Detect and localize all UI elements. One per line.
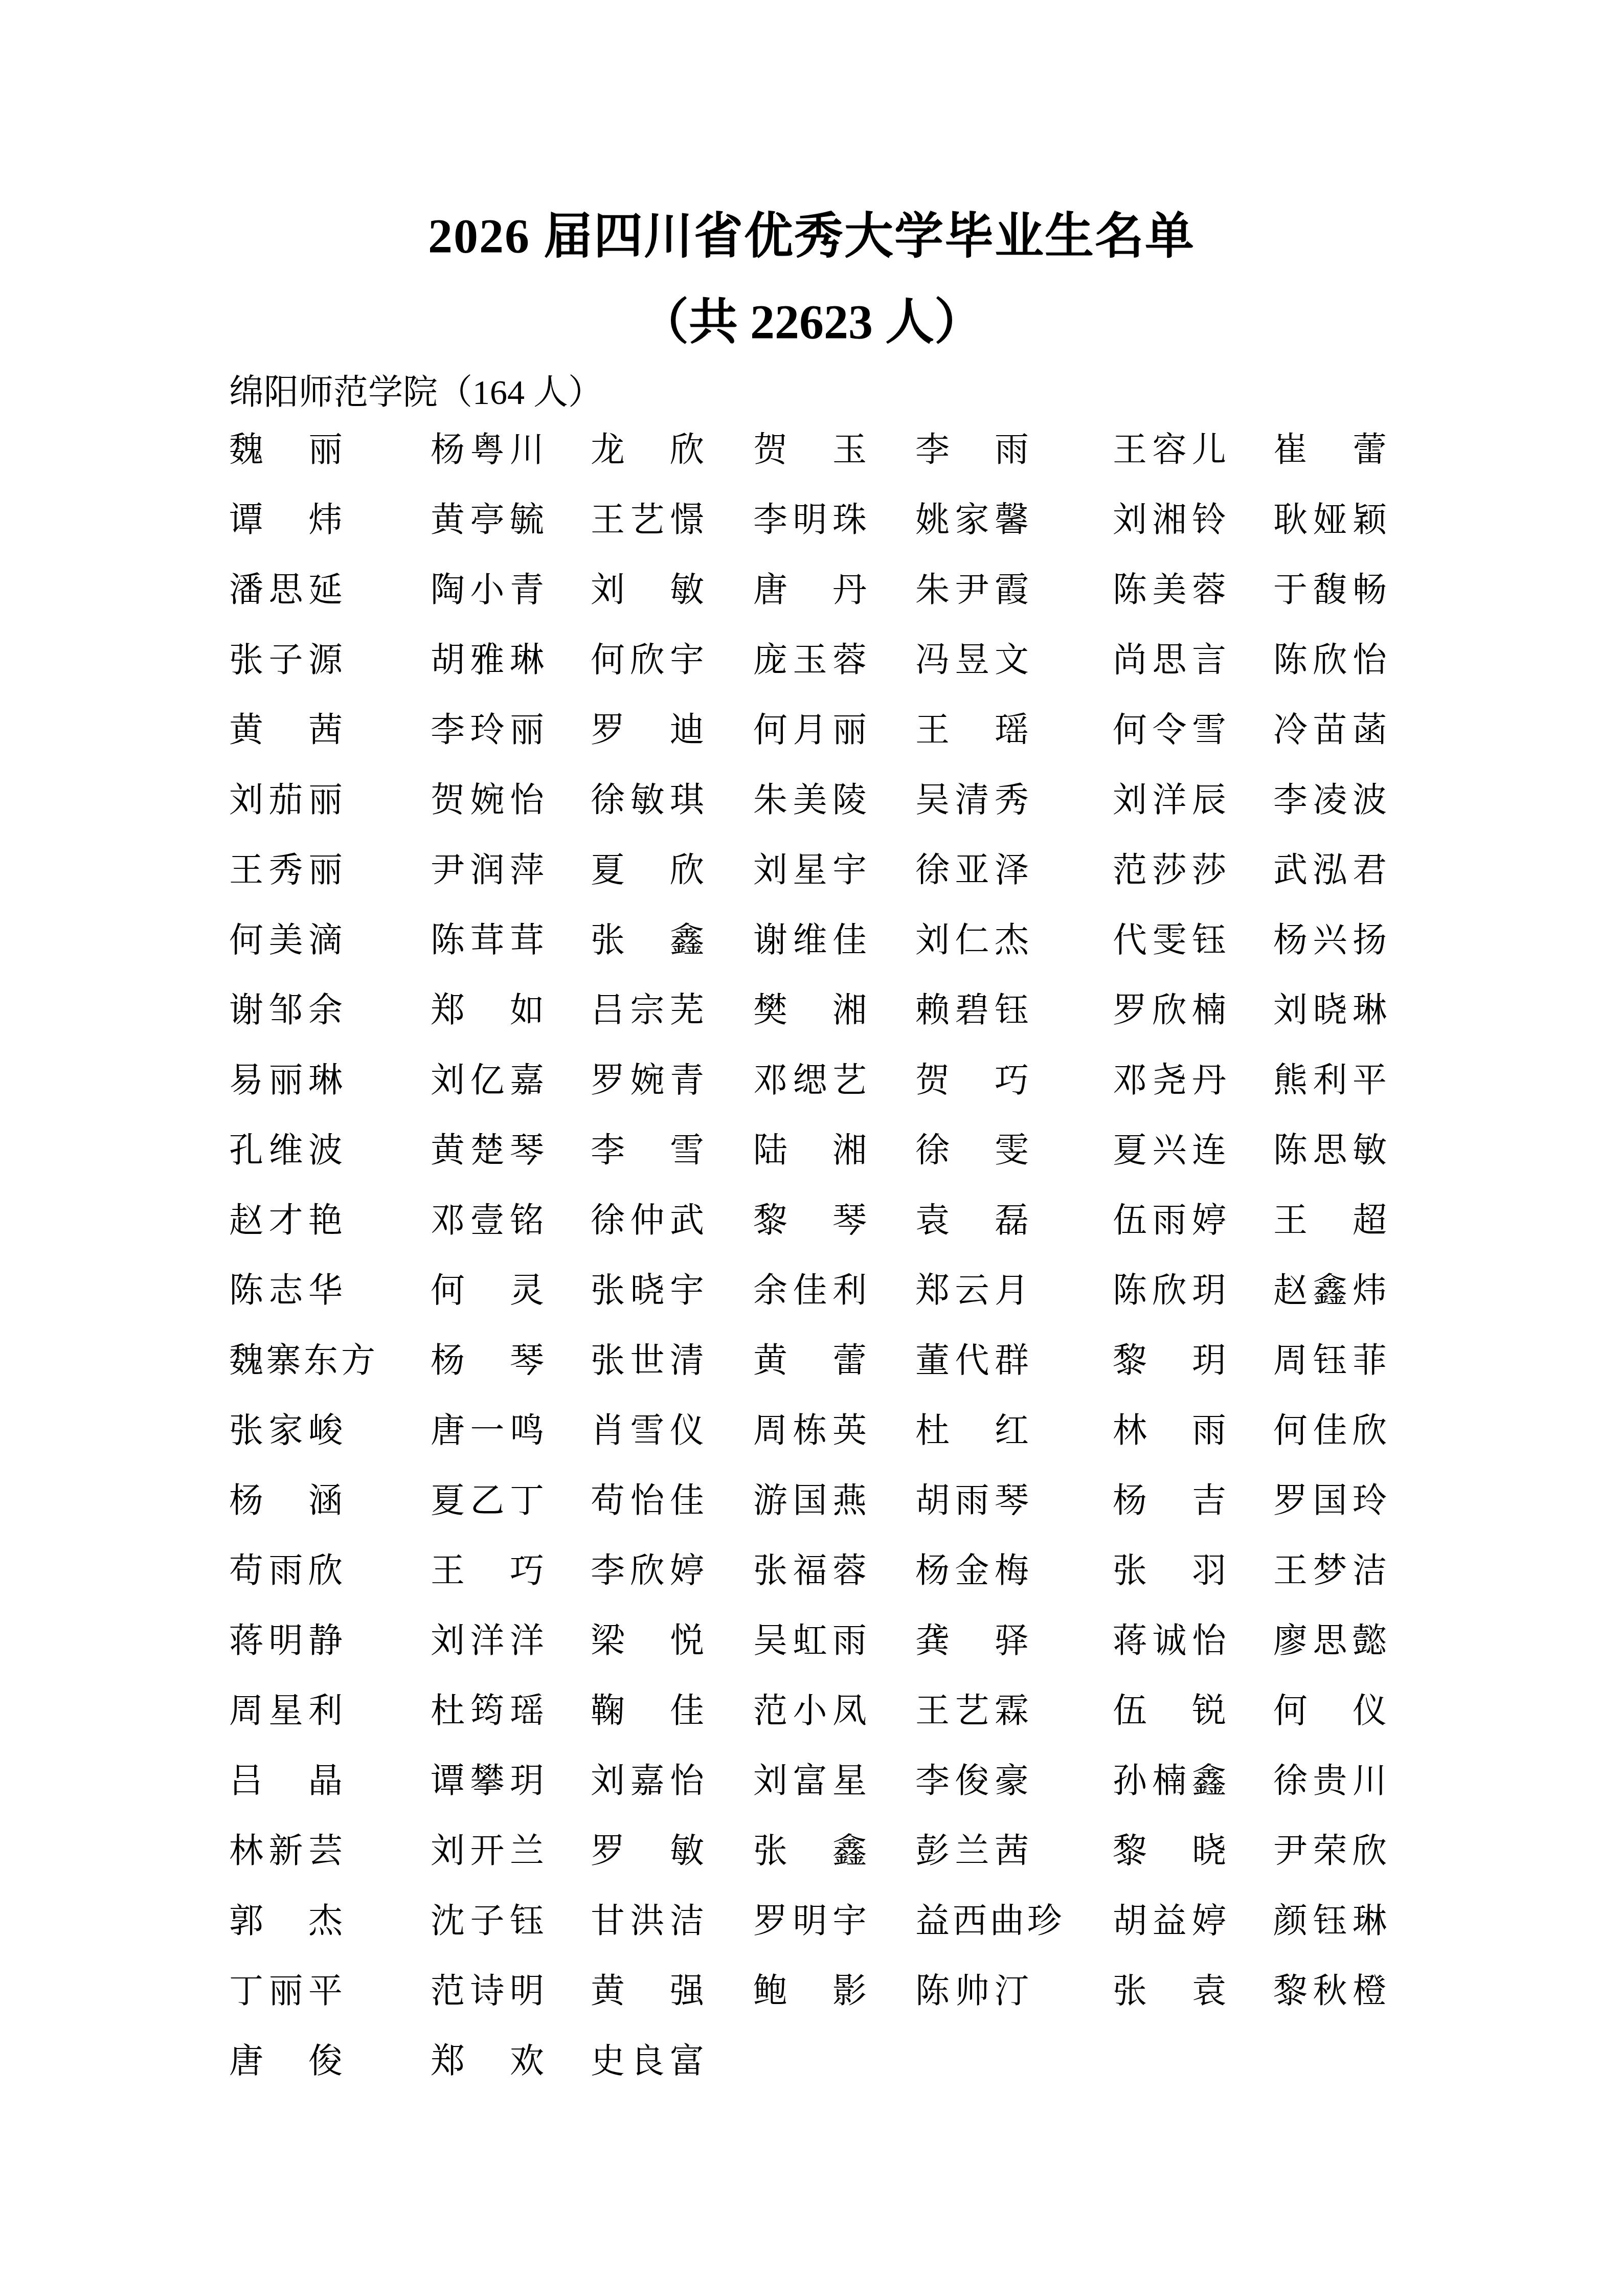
graduate-name: 龚驿 (915, 1624, 1029, 1658)
name-cell: 黄茜 (229, 713, 431, 748)
name-cell: 杨吉 (1113, 1484, 1273, 1518)
name-cell: 张鑫 (753, 1834, 915, 1869)
graduate-name: 何美滴 (229, 924, 343, 958)
graduate-name: 黎玥 (1113, 1344, 1226, 1378)
graduate-name: 陈志华 (229, 1274, 343, 1308)
name-cell: 邓尧丹 (1113, 1064, 1273, 1098)
graduate-name: 尹润萍 (431, 853, 544, 888)
graduate-name: 贺玉 (753, 433, 867, 467)
graduate-name: 肖雪仪 (591, 1414, 704, 1448)
name-cell: 何令雪 (1113, 713, 1273, 748)
graduate-name: 沈子钰 (431, 1904, 544, 1939)
graduate-name: 鲍影 (753, 1974, 867, 2009)
name-cell: 罗婉青 (591, 1064, 753, 1098)
name-cell: 王艺霖 (915, 1694, 1113, 1728)
name-cell: 杨兴扬 (1273, 924, 1396, 958)
graduate-names-grid: 魏丽杨粤川龙欣贺玉李雨王容儿崔蕾谭炜黄亭毓王艺憬李明珠姚家馨刘湘铃耿娅颖潘思延陶… (229, 415, 1623, 2097)
graduate-name: 罗婉青 (591, 1064, 704, 1098)
name-cell: 罗国玲 (1273, 1484, 1396, 1518)
name-cell: 刘富星 (753, 1764, 915, 1798)
name-cell: 杜筠瑶 (431, 1694, 591, 1728)
name-cell: 黎琴 (753, 1204, 915, 1238)
graduate-name: 伍锐 (1113, 1694, 1226, 1728)
graduate-name: 王秀丽 (229, 853, 343, 888)
name-row: 唐俊郑欢史良富 (229, 2027, 1623, 2097)
graduate-name: 杜筠瑶 (431, 1694, 544, 1728)
name-row: 魏丽杨粤川龙欣贺玉李雨王容儿崔蕾 (229, 415, 1623, 485)
graduate-name: 杨兴扬 (1273, 924, 1387, 958)
name-cell: 武泓君 (1273, 853, 1396, 888)
name-cell: 赵才艳 (229, 1204, 431, 1238)
name-cell: 罗敏 (591, 1834, 753, 1869)
graduate-name: 龙欣 (591, 433, 704, 467)
name-cell: 陈茸茸 (431, 924, 591, 958)
graduate-name: 范莎莎 (1113, 853, 1226, 888)
name-cell: 何月丽 (753, 713, 915, 748)
graduate-name: 杨金梅 (915, 1554, 1029, 1588)
name-cell: 蒋明静 (229, 1624, 431, 1658)
name-cell: 姚家馨 (915, 503, 1113, 537)
graduate-name: 谭攀玥 (431, 1764, 544, 1798)
name-cell: 史良富 (591, 2044, 753, 2079)
name-cell: 李玲丽 (431, 713, 591, 748)
name-cell: 王梦洁 (1273, 1554, 1396, 1588)
name-cell: 尹荣欣 (1273, 1834, 1396, 1869)
name-cell: 王艺憬 (591, 503, 753, 537)
graduate-name: 林雨 (1113, 1414, 1226, 1448)
name-cell: 梁悦 (591, 1624, 753, 1658)
graduate-name: 廖思懿 (1273, 1624, 1387, 1658)
graduate-name: 胡雨琴 (915, 1484, 1029, 1518)
graduate-name: 赵才艳 (229, 1204, 343, 1238)
name-cell: 潘思延 (229, 573, 431, 607)
name-cell: 杨涵 (229, 1484, 431, 1518)
name-cell: 李欣婷 (591, 1554, 753, 1588)
graduate-name: 熊利平 (1273, 1064, 1387, 1098)
graduate-name: 周栋英 (753, 1414, 867, 1448)
name-cell: 张鑫 (591, 924, 753, 958)
name-cell: 赖碧钰 (915, 994, 1113, 1028)
graduate-name: 罗敏 (591, 1834, 704, 1869)
name-cell: 彭兰茜 (915, 1834, 1113, 1869)
name-cell: 庞玉蓉 (753, 643, 915, 678)
graduate-name: 刘嘉怡 (591, 1764, 704, 1798)
graduate-name: 胡益婷 (1113, 1904, 1226, 1939)
name-cell: 何欣宇 (591, 643, 753, 678)
page-subtitle-total-count: （共 22623 人） (0, 290, 1623, 354)
graduate-name: 于馥畅 (1273, 573, 1387, 607)
name-cell: 鞠佳 (591, 1694, 753, 1728)
name-cell: 周钰菲 (1273, 1344, 1396, 1378)
graduate-name: 贺婉怡 (431, 783, 544, 818)
name-cell: 夏欣 (591, 853, 753, 888)
graduate-name: 谢维佳 (753, 924, 867, 958)
graduate-name: 罗迪 (591, 713, 704, 748)
graduate-name: 张鑫 (753, 1834, 867, 1869)
graduate-name: 黄楚琴 (431, 1134, 544, 1168)
name-cell: 贺玉 (753, 433, 915, 467)
name-cell: 刘敏 (591, 573, 753, 607)
name-cell: 刘洋辰 (1113, 783, 1273, 818)
graduate-name: 谢邹余 (229, 994, 343, 1028)
graduate-name: 徐亚泽 (915, 853, 1029, 888)
graduate-name: 鞠佳 (591, 1694, 704, 1728)
name-cell: 唐丹 (753, 573, 915, 607)
name-cell: 谭炜 (229, 503, 431, 537)
name-cell: 邓壹铭 (431, 1204, 591, 1238)
name-cell: 杨琴 (431, 1344, 591, 1378)
name-cell: 谭攀玥 (431, 1764, 591, 1798)
graduate-name: 李欣婷 (591, 1554, 704, 1588)
graduate-name: 刘开兰 (431, 1834, 544, 1869)
name-cell: 何美滴 (229, 924, 431, 958)
graduate-name: 周星利 (229, 1694, 343, 1728)
name-cell: 黎晓 (1113, 1834, 1273, 1869)
graduate-name: 范小凤 (753, 1694, 867, 1728)
graduate-name: 甘洪洁 (591, 1904, 704, 1939)
name-cell: 黎秋橙 (1273, 1974, 1396, 2009)
graduate-name: 罗欣楠 (1113, 994, 1226, 1028)
graduate-name: 潘思延 (229, 573, 343, 607)
name-row: 吕晶谭攀玥刘嘉怡刘富星李俊豪孙楠鑫徐贵川 (229, 1746, 1623, 1816)
name-cell: 贺婉怡 (431, 783, 591, 818)
name-cell: 罗迪 (591, 713, 753, 748)
graduate-name: 黄茜 (229, 713, 343, 748)
name-cell: 尹润萍 (431, 853, 591, 888)
graduate-name: 刘敏 (591, 573, 704, 607)
graduate-name: 吕晶 (229, 1764, 343, 1798)
name-cell: 赵鑫炜 (1273, 1274, 1396, 1308)
name-cell: 张世清 (591, 1344, 753, 1378)
graduate-name: 何月丽 (753, 713, 867, 748)
name-cell: 刘湘铃 (1113, 503, 1273, 537)
name-cell: 游国燕 (753, 1484, 915, 1518)
name-cell: 龙欣 (591, 433, 753, 467)
graduate-name: 郭杰 (229, 1904, 343, 1939)
name-cell: 刘仁杰 (915, 924, 1113, 958)
graduate-name: 胡雅琳 (431, 643, 544, 678)
graduate-name: 陈美蓉 (1113, 573, 1226, 607)
name-cell: 郑如 (431, 994, 591, 1028)
graduate-name: 彭兰茜 (915, 1834, 1029, 1869)
graduate-name: 何灵 (431, 1274, 544, 1308)
name-cell: 唐俊 (229, 2044, 431, 2079)
graduate-name: 徐贵川 (1273, 1764, 1387, 1798)
name-cell: 李明珠 (753, 503, 915, 537)
graduate-name: 何令雪 (1113, 713, 1226, 748)
name-cell: 丁丽平 (229, 1974, 431, 2009)
graduate-name: 贺巧 (915, 1064, 1029, 1098)
name-row: 赵才艳邓壹铭徐仲武黎琴袁磊伍雨婷王超 (229, 1186, 1623, 1256)
name-cell: 朱美陵 (753, 783, 915, 818)
graduate-name: 黄强 (591, 1974, 704, 2009)
graduate-name: 苟雨欣 (229, 1554, 343, 1588)
name-cell: 李凌波 (1273, 783, 1396, 818)
name-cell: 朱尹霞 (915, 573, 1113, 607)
name-cell: 黄亭毓 (431, 503, 591, 537)
graduate-name: 李凌波 (1273, 783, 1387, 818)
name-row: 周星利杜筠瑶鞠佳范小凤王艺霖伍锐何仪 (229, 1676, 1623, 1746)
name-cell: 陈欣怡 (1273, 643, 1396, 678)
name-cell: 何仪 (1273, 1694, 1396, 1728)
graduate-name: 邓尧丹 (1113, 1064, 1226, 1098)
graduate-name: 何佳欣 (1273, 1414, 1387, 1448)
name-cell: 陈志华 (229, 1274, 431, 1308)
name-cell: 刘洋洋 (431, 1624, 591, 1658)
name-cell: 易丽琳 (229, 1064, 431, 1098)
graduate-name: 罗国玲 (1273, 1484, 1387, 1518)
name-row: 易丽琳刘亿嘉罗婉青邓缌艺贺巧邓尧丹熊利平 (229, 1046, 1623, 1116)
name-cell: 黄强 (591, 1974, 753, 2009)
name-cell: 鲍影 (753, 1974, 915, 2009)
graduate-name: 徐仲武 (591, 1204, 704, 1238)
graduate-name: 李雨 (915, 433, 1029, 467)
graduate-name: 刘仁杰 (915, 924, 1029, 958)
graduate-name: 何欣宇 (591, 643, 704, 678)
graduate-name: 游国燕 (753, 1484, 867, 1518)
name-cell: 刘星宇 (753, 853, 915, 888)
graduate-name: 孙楠鑫 (1113, 1764, 1226, 1798)
name-cell: 冯昱文 (915, 643, 1113, 678)
graduate-name: 王容儿 (1113, 433, 1226, 467)
graduate-name: 赵鑫炜 (1273, 1274, 1387, 1308)
graduate-name: 丁丽平 (229, 1974, 343, 2009)
graduate-name: 杨吉 (1113, 1484, 1226, 1518)
graduate-name: 刘湘铃 (1113, 503, 1226, 537)
graduate-name: 陈欣怡 (1273, 643, 1387, 678)
name-cell: 耿娅颖 (1273, 503, 1396, 537)
graduate-name: 郑如 (431, 994, 544, 1028)
graduate-name: 张鑫 (591, 924, 704, 958)
name-cell: 罗明宇 (753, 1904, 915, 1939)
graduate-name: 邓缌艺 (753, 1064, 867, 1098)
name-cell: 苟怡佳 (591, 1484, 753, 1518)
name-cell: 夏乙丁 (431, 1484, 591, 1518)
graduate-name: 徐雯 (915, 1134, 1029, 1168)
name-cell: 徐敏琪 (591, 783, 753, 818)
name-row: 谭炜黄亭毓王艺憬李明珠姚家馨刘湘铃耿娅颖 (229, 485, 1623, 555)
graduate-name: 张家峻 (229, 1414, 343, 1448)
graduate-name: 朱尹霞 (915, 573, 1029, 607)
graduate-name: 崔蕾 (1273, 433, 1387, 467)
graduate-name: 张晓宇 (591, 1274, 704, 1308)
name-cell: 张晓宇 (591, 1274, 753, 1308)
graduate-name: 武泓君 (1273, 853, 1387, 888)
name-cell: 陈帅汀 (915, 1974, 1113, 2009)
graduate-name: 陈茸茸 (431, 924, 544, 958)
graduate-name: 黎晓 (1113, 1834, 1226, 1869)
name-cell: 张子源 (229, 643, 431, 678)
name-cell: 苟雨欣 (229, 1554, 431, 1588)
name-cell: 罗欣楠 (1113, 994, 1273, 1028)
graduate-name: 陈思敏 (1273, 1134, 1387, 1168)
graduate-name: 徐敏琪 (591, 783, 704, 818)
name-cell: 范莎莎 (1113, 853, 1273, 888)
name-cell: 谢维佳 (753, 924, 915, 958)
graduate-name: 唐俊 (229, 2044, 343, 2079)
graduate-name: 陈帅汀 (915, 1974, 1029, 2009)
graduate-name: 吴虹雨 (753, 1624, 867, 1658)
name-row: 蒋明静刘洋洋梁悦吴虹雨龚驿蒋诚怡廖思懿 (229, 1606, 1623, 1676)
graduate-name: 赖碧钰 (915, 994, 1029, 1028)
name-cell: 何灵 (431, 1274, 591, 1308)
name-cell: 肖雪仪 (591, 1414, 753, 1448)
name-cell: 孙楠鑫 (1113, 1764, 1273, 1798)
graduate-name: 尚思言 (1113, 643, 1226, 678)
graduate-name: 郑云月 (915, 1274, 1029, 1308)
graduate-name: 庞玉蓉 (753, 643, 867, 678)
name-cell: 甘洪洁 (591, 1904, 753, 1939)
name-cell: 孔维波 (229, 1134, 431, 1168)
name-cell: 李雨 (915, 433, 1113, 467)
name-cell: 何佳欣 (1273, 1414, 1396, 1448)
name-cell: 陈欣玥 (1113, 1274, 1273, 1308)
name-row: 谢邹余郑如吕宗芜樊湘赖碧钰罗欣楠刘晓琳 (229, 976, 1623, 1046)
graduate-name: 易丽琳 (229, 1064, 343, 1098)
name-cell: 陆湘 (753, 1134, 915, 1168)
graduate-name: 王超 (1273, 1204, 1387, 1238)
name-cell: 张家峻 (229, 1414, 431, 1448)
name-row: 张家峻唐一鸣肖雪仪周栋英杜红林雨何佳欣 (229, 1396, 1623, 1466)
graduate-name: 夏乙丁 (431, 1484, 544, 1518)
graduate-name: 姚家馨 (915, 503, 1029, 537)
name-cell: 徐贵川 (1273, 1764, 1396, 1798)
name-cell: 王容儿 (1113, 433, 1273, 467)
graduate-name: 谭炜 (229, 503, 343, 537)
graduate-name: 蒋诚怡 (1113, 1624, 1226, 1658)
name-row: 何美滴陈茸茸张鑫谢维佳刘仁杰代雯钰杨兴扬 (229, 906, 1623, 976)
name-cell: 刘嘉怡 (591, 1764, 753, 1798)
name-cell: 周栋英 (753, 1414, 915, 1448)
graduate-name: 刘晓琳 (1273, 994, 1387, 1028)
graduate-name: 李明珠 (753, 503, 867, 537)
name-cell: 伍雨婷 (1113, 1204, 1273, 1238)
name-cell: 黎玥 (1113, 1344, 1273, 1378)
name-cell: 沈子钰 (431, 1904, 591, 1939)
name-cell: 李雪 (591, 1134, 753, 1168)
graduate-name: 代雯钰 (1113, 924, 1226, 958)
graduate-name: 邓壹铭 (431, 1204, 544, 1238)
name-cell: 刘茄丽 (229, 783, 431, 818)
name-cell: 冷苗菡 (1273, 713, 1396, 748)
name-row: 郭杰沈子钰甘洪洁罗明宇益西曲珍胡益婷颜钰琳 (229, 1886, 1623, 1956)
graduate-name: 王巧 (431, 1554, 544, 1588)
graduate-name: 范诗明 (431, 1974, 544, 2009)
graduate-name: 梁悦 (591, 1624, 704, 1658)
name-cell: 魏寨东方 (229, 1344, 431, 1378)
name-row: 陈志华何灵张晓宇余佳利郑云月陈欣玥赵鑫炜 (229, 1256, 1623, 1326)
graduate-name: 刘富星 (753, 1764, 867, 1798)
graduate-name: 冷苗菡 (1273, 713, 1387, 748)
graduate-name: 黎琴 (753, 1204, 867, 1238)
graduate-name: 罗明宇 (753, 1904, 867, 1939)
name-cell: 郭杰 (229, 1904, 431, 1939)
graduate-name: 刘星宇 (753, 853, 867, 888)
graduate-name: 陶小青 (431, 573, 544, 607)
graduate-name: 杨琴 (431, 1344, 544, 1378)
graduate-name: 黎秋橙 (1273, 1974, 1387, 2009)
name-cell: 益西曲珍 (915, 1904, 1113, 1939)
graduate-name: 李玲丽 (431, 713, 544, 748)
name-cell: 邓缌艺 (753, 1064, 915, 1098)
graduate-name: 杨涵 (229, 1484, 343, 1518)
name-cell: 徐亚泽 (915, 853, 1113, 888)
name-cell: 樊湘 (753, 994, 915, 1028)
name-cell: 唐一鸣 (431, 1414, 591, 1448)
name-row: 苟雨欣王巧李欣婷张福蓉杨金梅张羽王梦洁 (229, 1536, 1623, 1606)
graduate-name: 袁磊 (915, 1204, 1029, 1238)
name-cell: 陈思敏 (1273, 1134, 1396, 1168)
graduate-name: 余佳利 (753, 1274, 867, 1308)
name-cell: 范诗明 (431, 1974, 591, 2009)
name-row: 杨涵夏乙丁苟怡佳游国燕胡雨琴杨吉罗国玲 (229, 1466, 1623, 1536)
graduate-name: 刘茄丽 (229, 783, 343, 818)
graduate-name: 樊湘 (753, 994, 867, 1028)
name-cell: 贺巧 (915, 1064, 1113, 1098)
graduate-name: 刘洋辰 (1113, 783, 1226, 818)
name-cell: 黄楚琴 (431, 1134, 591, 1168)
name-cell: 余佳利 (753, 1274, 915, 1308)
name-cell: 杨金梅 (915, 1554, 1113, 1588)
name-cell: 吕宗芜 (591, 994, 753, 1028)
name-cell: 刘亿嘉 (431, 1064, 591, 1098)
name-cell: 王超 (1273, 1204, 1396, 1238)
name-cell: 颜钰琳 (1273, 1904, 1396, 1939)
graduate-name: 李俊豪 (915, 1764, 1029, 1798)
name-cell: 范小凤 (753, 1694, 915, 1728)
name-row: 黄茜李玲丽罗迪何月丽王瑶何令雪冷苗菡 (229, 695, 1623, 766)
graduate-name: 魏丽 (229, 433, 343, 467)
graduate-name: 陆湘 (753, 1134, 867, 1168)
name-cell: 周星利 (229, 1694, 431, 1728)
name-cell: 杜红 (915, 1414, 1113, 1448)
graduate-name: 苟怡佳 (591, 1484, 704, 1518)
graduate-name: 吕宗芜 (591, 994, 704, 1028)
graduate-name: 朱美陵 (753, 783, 867, 818)
graduate-name: 林新芸 (229, 1834, 343, 1869)
name-cell: 胡雨琴 (915, 1484, 1113, 1518)
graduate-name: 李雪 (591, 1134, 704, 1168)
graduate-name: 王梦洁 (1273, 1554, 1387, 1588)
graduate-name: 张羽 (1113, 1554, 1226, 1588)
name-row: 林新芸刘开兰罗敏张鑫彭兰茜黎晓尹荣欣 (229, 1816, 1623, 1886)
graduate-name: 陈欣玥 (1113, 1274, 1226, 1308)
name-cell: 李俊豪 (915, 1764, 1113, 1798)
graduate-name: 杨粤川 (431, 433, 544, 467)
name-cell: 于馥畅 (1273, 573, 1396, 607)
name-row: 刘茄丽贺婉怡徐敏琪朱美陵吴清秀刘洋辰李凌波 (229, 766, 1623, 836)
name-cell: 吴清秀 (915, 783, 1113, 818)
graduate-name: 张袁 (1113, 1974, 1226, 2009)
graduate-name: 刘亿嘉 (431, 1064, 544, 1098)
name-cell: 胡益婷 (1113, 1904, 1273, 1939)
name-cell: 夏兴连 (1113, 1134, 1273, 1168)
graduate-name: 尹荣欣 (1273, 1834, 1387, 1869)
graduate-name: 郑欢 (431, 2044, 544, 2079)
graduate-name: 何仪 (1273, 1694, 1387, 1728)
graduate-name: 颜钰琳 (1273, 1904, 1387, 1939)
name-cell: 蒋诚怡 (1113, 1624, 1273, 1658)
name-cell: 陈美蓉 (1113, 573, 1273, 607)
graduate-name: 魏寨东方 (229, 1344, 375, 1378)
name-row: 张子源胡雅琳何欣宇庞玉蓉冯昱文尚思言陈欣怡 (229, 625, 1623, 695)
graduate-name: 黄蕾 (753, 1344, 867, 1378)
section-header-school: 绵阳师范学院（164 人） (229, 373, 603, 412)
name-cell: 袁磊 (915, 1204, 1113, 1238)
name-row: 丁丽平范诗明黄强鲍影陈帅汀张袁黎秋橙 (229, 1956, 1623, 2027)
graduate-name: 伍雨婷 (1113, 1204, 1226, 1238)
graduate-name: 杜红 (915, 1414, 1029, 1448)
